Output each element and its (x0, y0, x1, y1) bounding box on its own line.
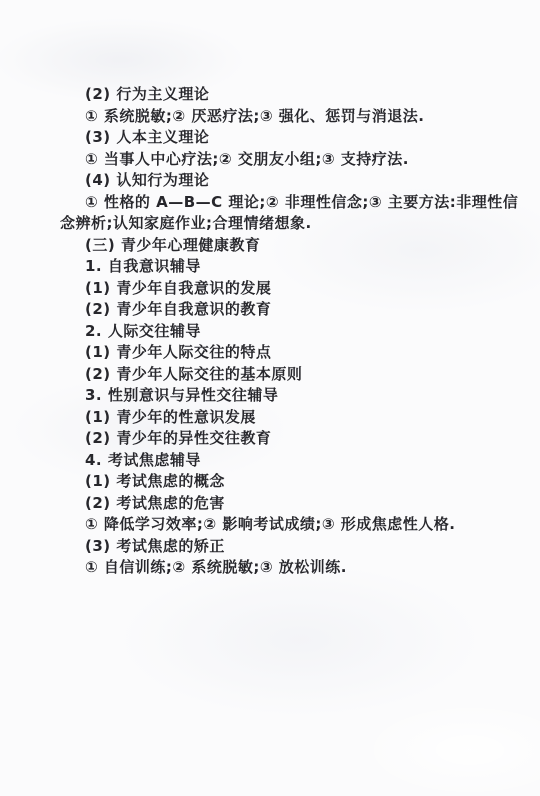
text-line: ① 性格的 A—B—C 理论;② 非理性信念;③ 主要方法:非理性信 (60, 192, 520, 214)
text-line: ① 降低学习效率;② 影响考试成绩;③ 形成焦虑性人格. (60, 514, 520, 536)
text-line: ① 自信训练;② 系统脱敏;③ 放松训练. (60, 557, 520, 579)
text-line: (三) 青少年心理健康教育 (60, 235, 520, 257)
text-line: (2) 青少年自我意识的教育 (60, 299, 520, 321)
text-line: (2) 青少年的异性交往教育 (60, 428, 520, 450)
text-line: (4) 认知行为理论 (60, 170, 520, 192)
text-line: (1) 考试焦虑的概念 (60, 471, 520, 493)
text-line: (1) 青少年自我意识的发展 (60, 278, 520, 300)
scanned-page: (2) 行为主义理论① 系统脱敏;② 厌恶疗法;③ 强化、惩罚与消退法.(3) … (0, 0, 540, 796)
text-line: 念辨析;认知家庭作业;合理情绪想象. (60, 213, 520, 235)
text-line: 2. 人际交往辅导 (60, 321, 520, 343)
text-line: 4. 考试焦虑辅导 (60, 450, 520, 472)
text-line: (2) 青少年人际交往的基本原则 (60, 364, 520, 386)
text-line: (2) 行为主义理论 (60, 84, 520, 106)
text-line: (1) 青少年的性意识发展 (60, 407, 520, 429)
text-line: (3) 人本主义理论 (60, 127, 520, 149)
text-line: 3. 性别意识与异性交往辅导 (60, 385, 520, 407)
text-line: (2) 考试焦虑的危害 (60, 493, 520, 515)
text-line: ① 当事人中心疗法;② 交朋友小组;③ 支持疗法. (60, 149, 520, 171)
text-line: (3) 考试焦虑的矫正 (60, 536, 520, 558)
document-text: (2) 行为主义理论① 系统脱敏;② 厌恶疗法;③ 强化、惩罚与消退法.(3) … (60, 84, 520, 579)
text-line: 1. 自我意识辅导 (60, 256, 520, 278)
text-line: (1) 青少年人际交往的特点 (60, 342, 520, 364)
text-line: ① 系统脱敏;② 厌恶疗法;③ 强化、惩罚与消退法. (60, 106, 520, 128)
